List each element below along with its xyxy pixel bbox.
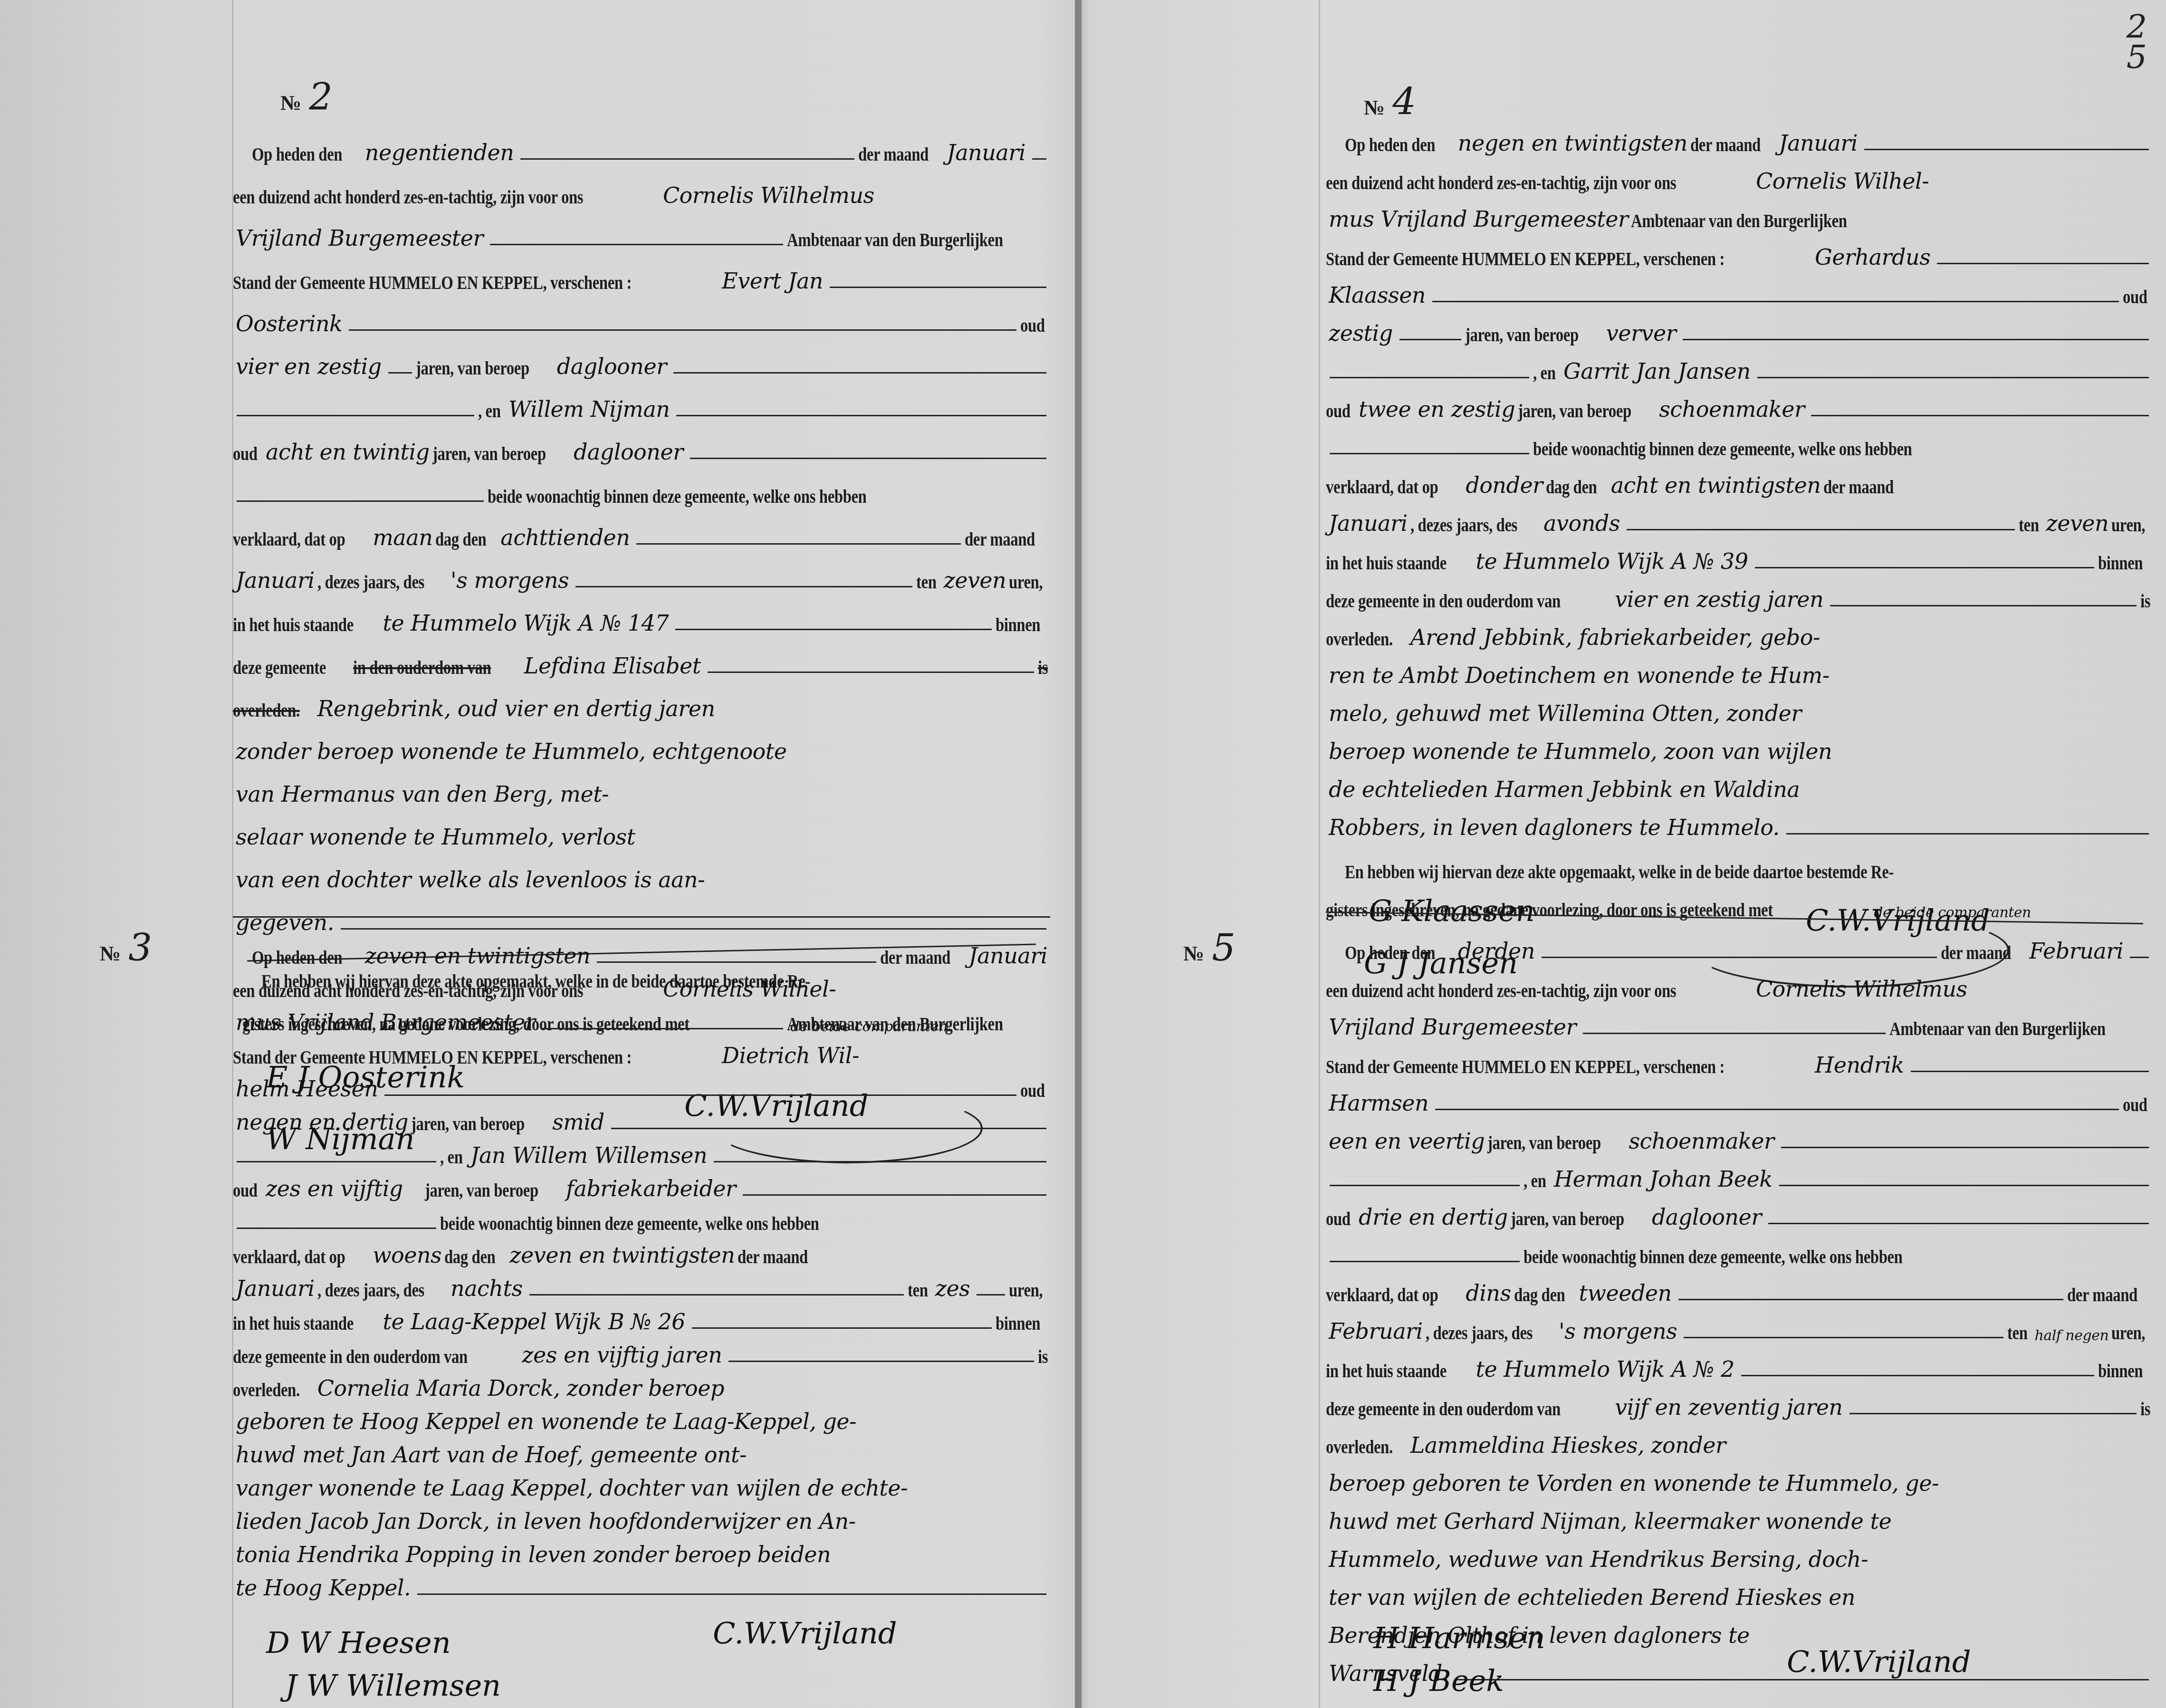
signature-declarant2: H J Beek xyxy=(1373,1663,1504,1698)
declarant1-name: Hendrik xyxy=(1815,1052,1904,1078)
body-line: te Hoog Keppel. xyxy=(236,1575,411,1601)
act-month: Januari xyxy=(1779,130,1858,156)
body-line: Robbers, in leven dagloners te Hummelo. xyxy=(1329,815,1780,840)
act-day: negentienden xyxy=(365,140,514,165)
death-hour: zeven xyxy=(2046,510,2108,536)
death-day: achttienden xyxy=(500,525,630,550)
line-date: Op heden den negentienden der maand Janu… xyxy=(233,128,1050,165)
act-number: №5 xyxy=(1183,927,1236,969)
death-address: te Hummelo Wijk A № 39 xyxy=(1476,548,1748,574)
body-line: Lammeldina Hieskes, zonder xyxy=(1410,1432,1726,1458)
body-line: de echtelieden Harmen Jebbink en Waldina xyxy=(1329,777,1800,802)
body-line: zonder beroep wonende te Hummelo, echtge… xyxy=(236,739,786,764)
page-gutter xyxy=(1075,0,1082,1708)
declarant1-surname: Harmsen xyxy=(1329,1090,1428,1116)
declarant1-age: zestig xyxy=(1329,320,1393,346)
signature-declarant1: H Harmsen xyxy=(1373,1621,1545,1655)
declarant1-occupation: schoenmaker xyxy=(1629,1128,1774,1154)
body-line: van een dochter welke als levenloos is a… xyxy=(236,867,705,892)
death-time-of-day: 's morgens xyxy=(1559,1318,1677,1344)
death-day: tweeden xyxy=(1579,1280,1672,1306)
death-day: acht en twintigsten xyxy=(1611,472,1821,498)
declarant1-surname: Oosterink xyxy=(236,311,342,336)
body-line: van Hermanus van den Berg, met- xyxy=(236,781,609,807)
act-4: №4 Op heden den negen en twintigsten der… xyxy=(1326,81,2153,936)
death-address: te Hummelo Wijk A № 147 xyxy=(383,610,669,636)
body-line: melo, gehuwd met Willemina Otten, zonder xyxy=(1329,700,1802,726)
deceased-age: vijf en zeventig jaren xyxy=(1615,1394,1842,1420)
act-month: Januari xyxy=(947,140,1025,165)
official-name: Cornelis Wilhel- xyxy=(1756,168,1929,194)
deceased-age: vier en zestig jaren xyxy=(1615,586,1823,612)
declarant1-occupation: verver xyxy=(1606,320,1676,346)
death-time-of-day: 's morgens xyxy=(450,567,569,593)
declarant1-surname: Klaassen xyxy=(1329,282,1426,308)
act-month: Februari xyxy=(2029,938,2123,964)
death-weekday: maan xyxy=(373,525,432,550)
folio-number: 2 5 xyxy=(2127,12,2147,73)
act-5: №5 Op heden den derden der maand Februar… xyxy=(1326,927,2153,1706)
act-day: derden xyxy=(1458,938,1535,964)
official-name: Cornelis Wilhelmus xyxy=(1756,976,1967,1002)
deceased-name: Lefdina Elisabet xyxy=(524,653,701,679)
act-3-body: Op heden den zeven en twintigsten der ma… xyxy=(233,931,1050,1692)
death-weekday: dins xyxy=(1466,1280,1511,1306)
body-line: Hummelo, weduwe van Hendrikus Bersing, d… xyxy=(1329,1546,1868,1572)
death-month: Februari xyxy=(1329,1318,1423,1344)
body-line: selaar wonende te Hummelo, verlost xyxy=(236,824,635,850)
act-number: №2 xyxy=(280,76,333,119)
death-weekday: donder xyxy=(1466,472,1543,498)
declarant1-age: een en veertig xyxy=(1329,1128,1485,1154)
signature-declarant2: J W Willemsen xyxy=(285,1668,501,1703)
death-address: te Hummelo Wijk A № 2 xyxy=(1476,1356,1734,1382)
act-number: №4 xyxy=(1364,81,1416,124)
signature-registrar: C.W.Vrijland xyxy=(1787,1644,1971,1679)
right-page-margin-rule xyxy=(1319,0,1320,1708)
signature-registrar: C.W.Vrijland xyxy=(713,1616,897,1650)
act-day: negen en twintigsten xyxy=(1458,130,1687,156)
declarant2-age: acht en twintig xyxy=(266,439,430,465)
declarant1-occupation: daglooner xyxy=(557,354,667,379)
declarant1-age: vier en zestig xyxy=(236,354,382,379)
act-number: №3 xyxy=(100,927,152,969)
body-line: Arend Jebbink, fabriekarbeider, gebo- xyxy=(1410,624,1820,650)
declarant2-occupation: daglooner xyxy=(1652,1204,1762,1230)
declarant2-occupation: schoenmaker xyxy=(1659,396,1804,422)
declarant1-name: Gerhardus xyxy=(1815,244,1930,270)
act-divider xyxy=(233,916,1050,918)
body-line: beroep geboren te Vorden en wonende te H… xyxy=(1329,1470,1939,1496)
body-line: beroep wonende te Hummelo, zoon van wijl… xyxy=(1329,739,1832,764)
declarant2-name: Garrit Jan Jansen xyxy=(1563,358,1751,384)
declarant2-occupation: daglooner xyxy=(574,439,683,465)
body-line: ren te Ambt Doetinchem en wonende te Hum… xyxy=(1329,662,1830,688)
signature-declarant1: D W Heesen xyxy=(266,1625,451,1660)
declarant2-age: twee en zestig xyxy=(1359,396,1515,422)
declarant2-name: Willem Nijman xyxy=(508,396,670,422)
death-hour: half negen xyxy=(2034,1327,2108,1344)
official-name: Cornelis Wilhelmus xyxy=(663,182,874,208)
declarant2-age: drie en dertig xyxy=(1359,1204,1508,1230)
official-title: Vrijland Burgemeester xyxy=(1329,1014,1576,1040)
folio-mark-bottom: 5 xyxy=(2127,42,2147,73)
body-line: huwd met Gerhard Nijman, kleermaker wone… xyxy=(1329,1508,1891,1534)
death-hour: zeven xyxy=(943,567,1006,593)
declarant1-name: Evert Jan xyxy=(722,268,823,294)
body-line: ter van wijlen de echtelieden Berend Hie… xyxy=(1329,1584,1855,1610)
death-month: Januari xyxy=(1329,510,1408,536)
signature-declarant1: G Klaassen xyxy=(1369,893,1535,928)
death-month: Januari xyxy=(236,567,315,593)
official-title: Vrijland Burgemeester xyxy=(236,225,483,251)
official-title: mus Vrijland Burgemeester xyxy=(1329,206,1628,232)
declarant2-name: Herman Johan Beek xyxy=(1554,1166,1773,1192)
folio-mark-top: 2 xyxy=(2127,12,2147,42)
body-line: Rengebrink, oud vier en dertig jaren xyxy=(317,696,715,721)
act-2: №2 Op heden den negentienden der maand J… xyxy=(233,76,1050,931)
death-time-of-day: avonds xyxy=(1543,510,1620,536)
